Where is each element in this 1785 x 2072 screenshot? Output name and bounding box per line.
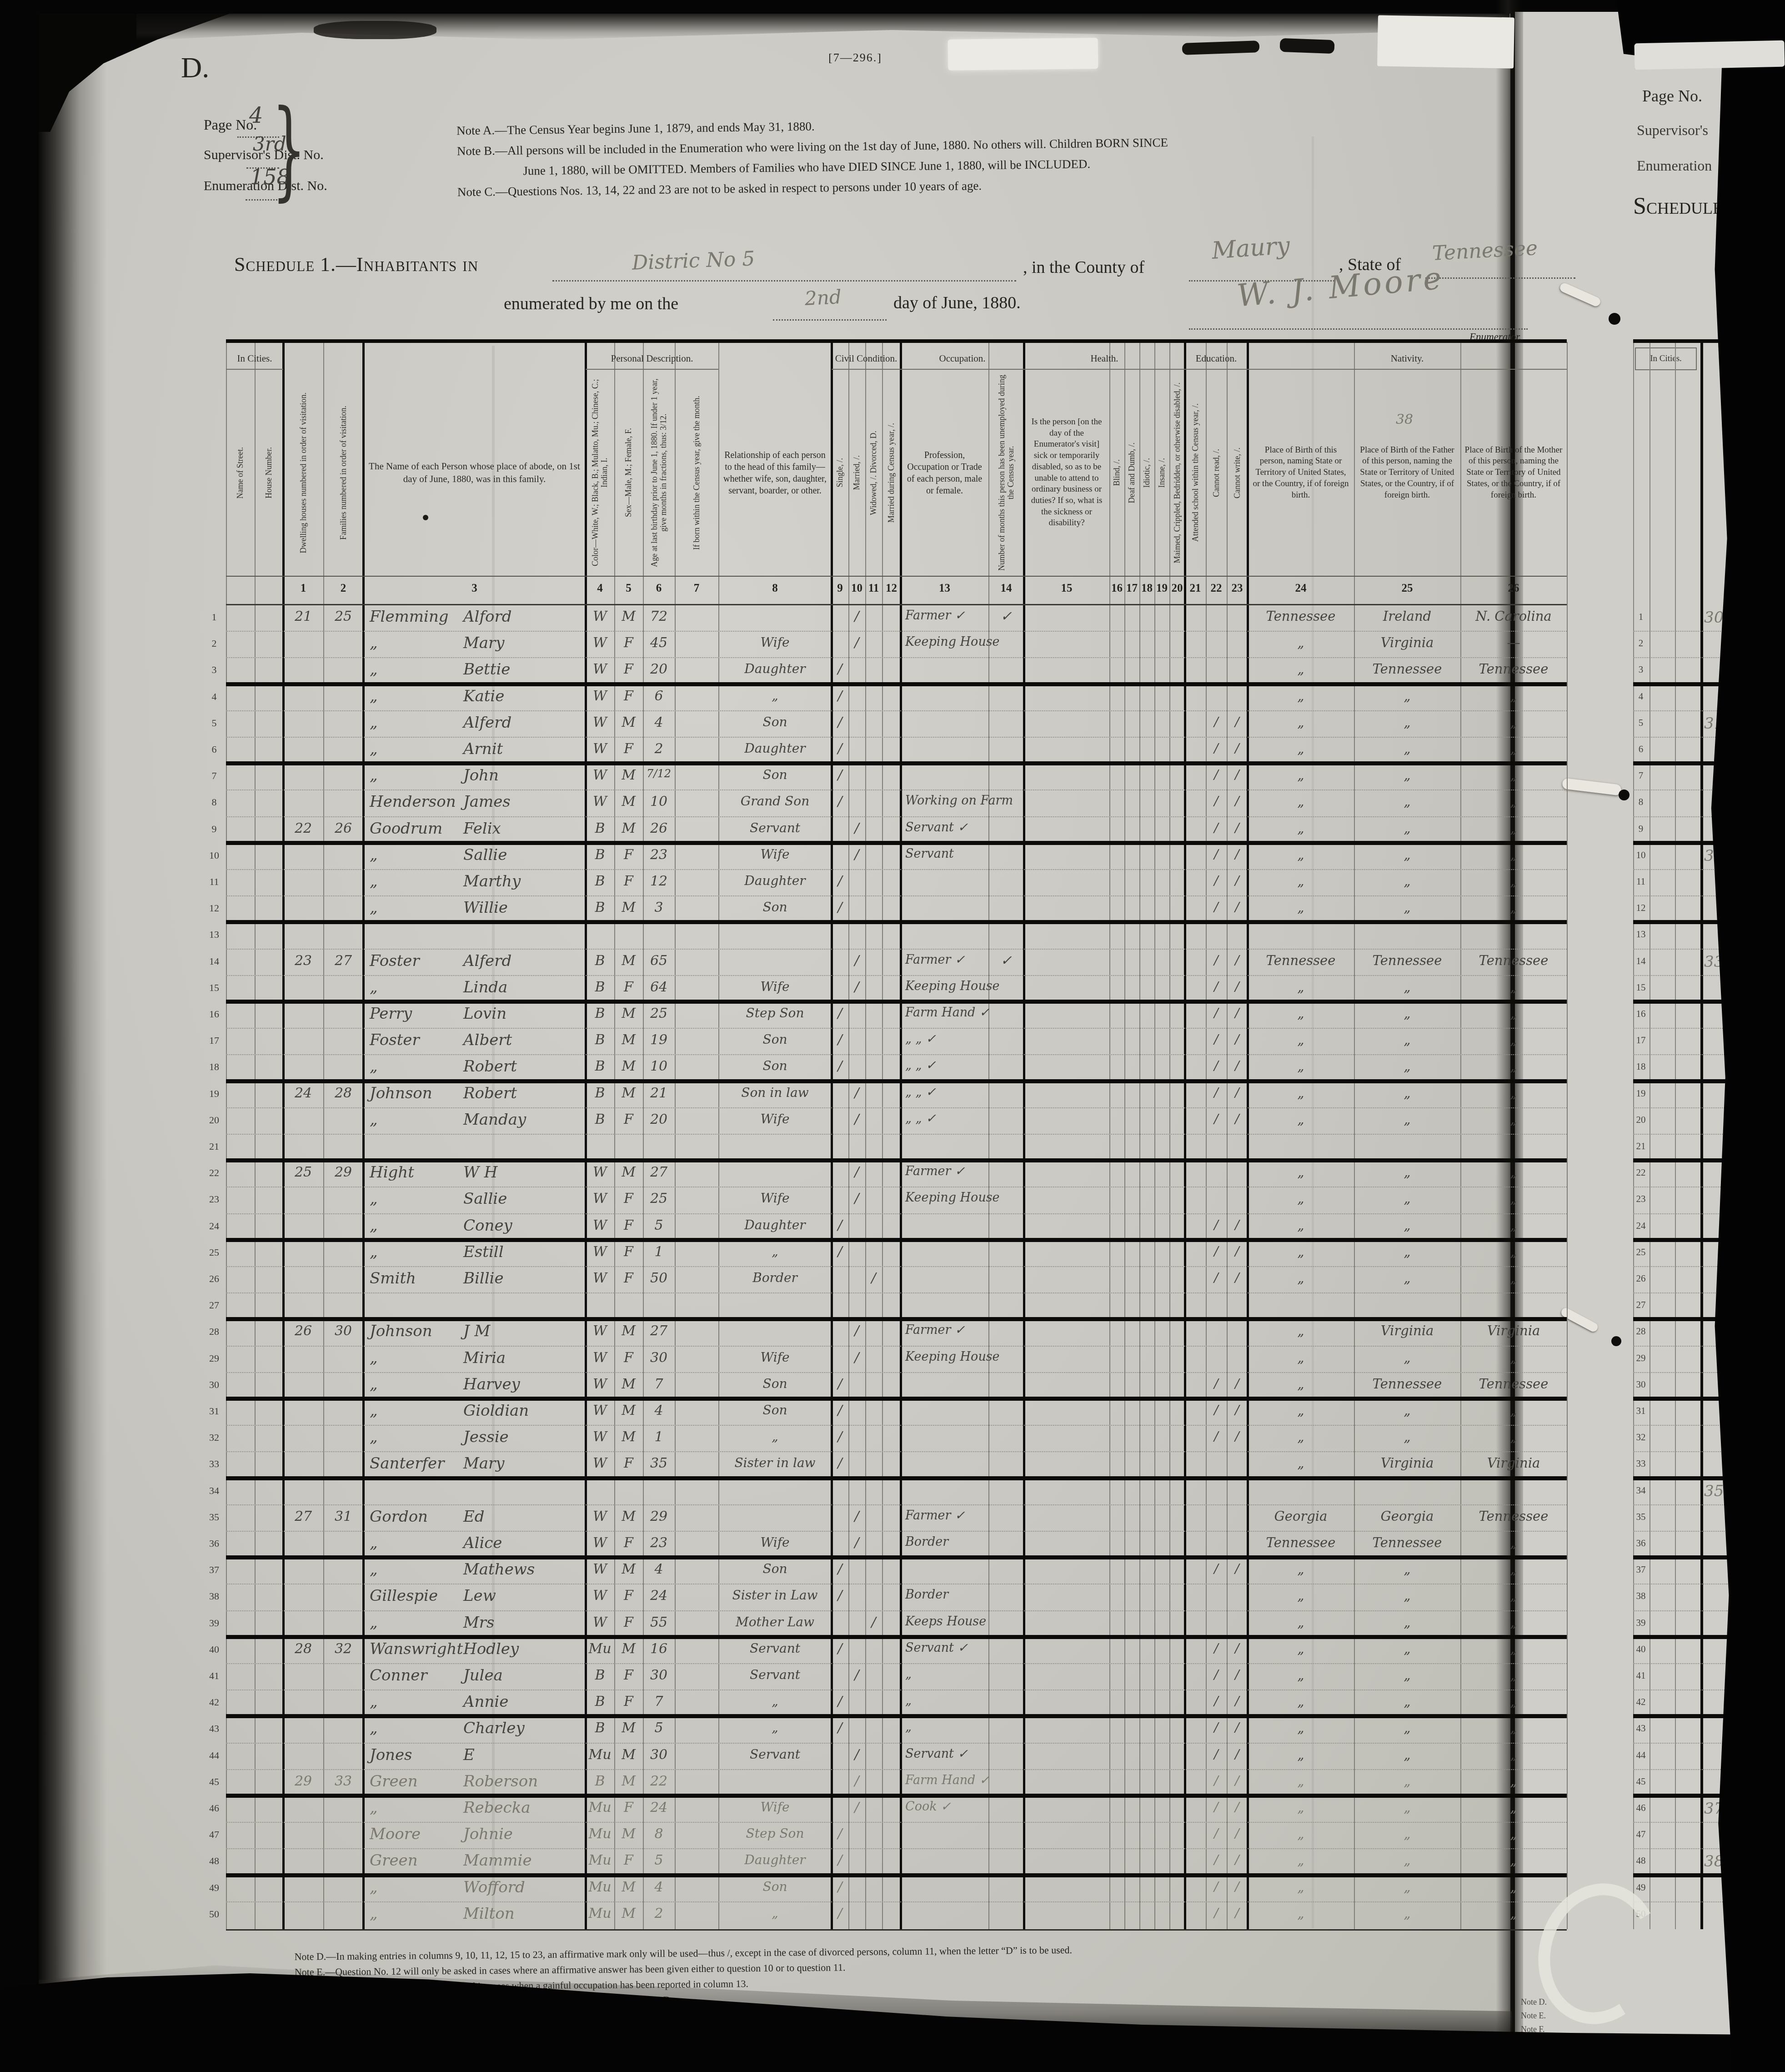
colhead-vertical-text: Age at last birthday prior to June 1, 18… [650, 372, 668, 573]
cell-age: 72 [643, 609, 675, 624]
cell-birthplace-mother: „ [1460, 1720, 1567, 1735]
cell-married-mark: / [848, 1191, 865, 1207]
cell-sex: M [614, 609, 643, 624]
cell-single-mark: / [832, 741, 848, 757]
cell-birthplace-self: „ [1248, 1058, 1354, 1074]
cell-birthplace-mother: „ [1460, 1561, 1567, 1577]
row-line-right [1633, 710, 1728, 711]
row-band [226, 1714, 1567, 1718]
cell-birthplace-mother: „ [1460, 1085, 1567, 1101]
cell-age: 5 [643, 1217, 675, 1233]
cell-surname: „ [370, 1243, 378, 1261]
row-number-left: 18 [205, 1061, 224, 1073]
cell-cannot-read-mark: / [1206, 1826, 1227, 1841]
group-label-civil-condition: Civil Condition. [832, 348, 901, 370]
cell-sex: F [614, 1270, 643, 1286]
cell-married-mark: / [848, 1667, 865, 1683]
cell-birthplace-self: „ [1248, 1270, 1354, 1286]
day-of-june-label: day of June, 1880. [893, 293, 1021, 313]
cell-relationship: „ [718, 688, 832, 703]
cell-color: Mu [586, 1747, 614, 1763]
cell-cannot-write-mark: / [1227, 1747, 1248, 1762]
cell-married-mark: / [848, 1111, 865, 1127]
cell-birthplace-father: „ [1354, 1906, 1460, 1921]
cell-surname: „ [370, 634, 378, 652]
cell-single-mark: / [832, 1852, 848, 1868]
row-number-right: 26 [1633, 1273, 1649, 1284]
colhead-vertical-text: Insane, /. [1157, 458, 1166, 488]
cell-occupation: Farmer ✓ [905, 1164, 965, 1178]
cell-age: 7 [643, 1694, 675, 1710]
cell-birthplace-mother: „ [1460, 1614, 1567, 1630]
cell-givenname: Lovin [463, 1005, 506, 1023]
cell-birthplace-self: „ [1248, 1773, 1354, 1789]
row-line-right [1633, 1187, 1728, 1187]
row-number-right: 40 [1633, 1644, 1649, 1655]
cell-cannot-write-mark: / [1227, 1058, 1248, 1073]
cell-birthplace-mother: „ [1460, 1191, 1567, 1206]
cell-relationship: „ [718, 1906, 832, 1921]
row-number-right: 34 [1633, 1485, 1649, 1496]
cell-birthplace-father: „ [1354, 1879, 1460, 1895]
cell-birthplace-mother: Tennessee [1460, 661, 1567, 677]
row-band-right [1633, 1397, 1728, 1401]
cell-occupation: Servant [905, 847, 954, 861]
cell-age: 45 [643, 635, 675, 651]
cell-birthplace-father: „ [1354, 741, 1460, 756]
cell-color: W [586, 609, 614, 624]
cell-sex: M [614, 714, 643, 730]
cell-color: W [586, 635, 614, 651]
cell-dwelling: 26 [283, 1323, 323, 1339]
row-line-right [1633, 1425, 1728, 1426]
row-number-left: 40 [205, 1644, 224, 1655]
grid-vline [988, 342, 989, 1929]
cell-birthplace-father: „ [1354, 1773, 1460, 1789]
cell-color: B [586, 1085, 614, 1101]
cell-givenname: Coney [463, 1217, 512, 1235]
cell-married-mark: / [848, 609, 865, 624]
cell-color: W [586, 1403, 614, 1418]
grid-vline [643, 342, 644, 1929]
cell-birthplace-self: „ [1248, 1641, 1354, 1656]
binding-hole-3 [1611, 1336, 1621, 1346]
cell-color: W [586, 1455, 614, 1471]
cell-occupation: Servant ✓ [905, 1641, 968, 1655]
cell-birthplace-self: „ [1248, 847, 1354, 862]
cell-color: Mu [586, 1879, 614, 1895]
cell-married-mark: / [848, 635, 865, 651]
cell-relationship: Wife [718, 1800, 832, 1815]
cell-age: 27 [643, 1323, 675, 1339]
cell-cannot-read-mark: / [1206, 1032, 1227, 1047]
row-number-right: 29 [1633, 1353, 1649, 1364]
right-note-frag: Note E. [1521, 2011, 1547, 2021]
cell-givenname: Jessie [463, 1428, 509, 1446]
cell-surname: „ [370, 1111, 378, 1129]
cell-cannot-write-mark: / [1227, 1694, 1248, 1709]
row-number-right: 21 [1633, 1141, 1649, 1152]
cell-cannot-read-mark: / [1206, 820, 1227, 835]
row-line-right [1633, 1266, 1728, 1267]
cell-color: B [586, 1720, 614, 1736]
cell-birthplace-father: „ [1354, 1270, 1460, 1286]
row-number-right: 45 [1633, 1776, 1649, 1787]
grid-vline-right [1633, 342, 1634, 1929]
cell-color: W [586, 1323, 614, 1339]
row-number-left: 13 [205, 929, 224, 940]
cell-occupation: Farm Hand ✓ [905, 1773, 990, 1787]
cell-relationship: Son [718, 1879, 832, 1894]
row-line-right [1633, 1901, 1728, 1902]
row-band [226, 1555, 1567, 1559]
cell-single-mark: / [832, 794, 848, 810]
grid-vline [362, 342, 365, 1929]
cell-relationship: Wife [718, 1350, 832, 1365]
cell-surname: „ [370, 687, 378, 705]
cell-color: W [586, 1350, 614, 1366]
col-number-2: 2 [323, 582, 363, 595]
cell-surname: „ [370, 978, 378, 996]
cell-age: 3 [643, 900, 675, 915]
row-line-right [1633, 1213, 1728, 1214]
cell-birthplace-father: „ [1354, 688, 1460, 704]
cell-sex: M [614, 1323, 643, 1339]
cell-age: 25 [643, 1191, 675, 1207]
row-number-left: 6 [205, 744, 224, 755]
cell-occupation: Keeping House [905, 1350, 1000, 1364]
row-line [226, 1584, 1567, 1584]
cell-age: 29 [643, 1509, 675, 1524]
cell-sex: M [614, 767, 643, 783]
row-number-right: 41 [1633, 1670, 1649, 1681]
cell-givenname: Milton [463, 1905, 515, 1923]
cell-cannot-read-mark: / [1206, 1906, 1227, 1921]
cell-color: B [586, 1694, 614, 1710]
cell-sex: M [614, 1429, 643, 1445]
cell-givenname: Robert [463, 1057, 517, 1076]
colhead-vertical-c2: Families numbered in order of visitation… [323, 371, 363, 575]
row-line [226, 1346, 1567, 1347]
cell-birthplace-self: „ [1248, 1006, 1354, 1021]
cell-age: 4 [643, 1561, 675, 1577]
cell-sex: M [614, 1641, 643, 1657]
cell-cannot-write-mark: / [1227, 767, 1248, 782]
page-no-value: 4 [249, 103, 263, 128]
grid-vline [848, 342, 849, 1929]
cell-birthplace-father: „ [1354, 1800, 1460, 1815]
row-number-left: 23 [205, 1193, 224, 1205]
row-band-right [1633, 1794, 1728, 1798]
row-line [226, 1187, 1567, 1187]
row-line-right [1633, 1028, 1728, 1029]
cell-married-mark: / [848, 1085, 865, 1101]
colhead-vertical-c16: Blind, /. [1109, 371, 1124, 575]
cell-age: 25 [643, 1006, 675, 1021]
tape-patch-right [1377, 15, 1514, 68]
colhead-para-c26: Place of Birth of the Mother of this per… [1464, 371, 1563, 575]
row-number-right: 27 [1633, 1299, 1649, 1311]
cell-surname: „ [370, 1349, 378, 1367]
cell-givenname: J M [463, 1322, 490, 1340]
cell-cannot-read-mark: / [1206, 1058, 1227, 1073]
row-number-right: 36 [1633, 1538, 1649, 1549]
row-number-right: 3 [1633, 664, 1649, 675]
cell-cannot-read-mark: / [1206, 953, 1227, 968]
cell-cannot-read-mark: / [1206, 1720, 1227, 1735]
cell-relationship: „ [718, 1429, 832, 1444]
cell-givenname: Katie [463, 687, 504, 705]
cell-givenname: Annie [463, 1693, 508, 1711]
cell-birthplace-father: Tennessee [1354, 1376, 1460, 1392]
cell-birthplace-self: „ [1248, 1667, 1354, 1683]
cell-relationship: Sister in law [718, 1455, 832, 1470]
cell-givenname: Billie [463, 1269, 504, 1287]
cell-single-mark: / [832, 1429, 848, 1445]
cell-single-mark: / [832, 873, 848, 889]
cell-cannot-write-mark: / [1227, 714, 1248, 729]
cell-relationship: „ [718, 1244, 832, 1259]
col-number-24: 24 [1248, 582, 1354, 595]
cell-birthplace-mother: „ [1460, 979, 1567, 995]
colhead-vertical-text: Number of months this person has been un… [997, 372, 1015, 573]
cell-sex: F [614, 1588, 643, 1604]
grid-vline [614, 342, 615, 1929]
colhead-vertical-text: If born within the Census year, give the… [692, 396, 701, 550]
row-line [226, 1213, 1567, 1214]
cell-single-mark: / [832, 1906, 848, 1921]
cell-birthplace-father: „ [1354, 1429, 1460, 1444]
colhead-vertical-c17: Deaf and Dumb, /. [1124, 371, 1139, 575]
group-label-nativity: Nativity. [1248, 348, 1567, 370]
cell-widowed-mark: / [865, 1614, 882, 1630]
cell-birthplace-mother: „ [1460, 820, 1567, 836]
cell-sex: F [614, 979, 643, 995]
col-number-17: 17 [1124, 582, 1139, 595]
row-line [226, 1610, 1567, 1611]
cell-single-mark: / [832, 1588, 848, 1604]
row-band [226, 920, 1567, 924]
cell-cannot-write-mark: / [1227, 1270, 1248, 1285]
cell-birthplace-father: Tennessee [1354, 1535, 1460, 1550]
cell-widowed-mark: / [865, 1270, 882, 1286]
row-line [226, 1901, 1567, 1902]
cell-birthplace-self: „ [1248, 1217, 1354, 1233]
cell-birthplace-self: „ [1248, 1588, 1354, 1603]
cell-givenname: Julea [463, 1666, 503, 1685]
cell-givenname: Arnit [463, 740, 503, 758]
colhead-vertical-text: Deaf and Dumb, /. [1127, 443, 1136, 503]
cell-cannot-write-mark: / [1227, 1032, 1248, 1047]
cell-single-mark: / [832, 1058, 848, 1074]
cell-birthplace-self: „ [1248, 1826, 1354, 1841]
row-number-right: 5 [1633, 717, 1649, 729]
cell-surname: Wanswright [370, 1640, 463, 1658]
cell-givenname: Sallie [463, 846, 507, 864]
cell-surname: „ [370, 1693, 378, 1711]
row-line-right [1633, 1451, 1728, 1452]
cell-age: 30 [643, 1350, 675, 1366]
table-top-border [226, 339, 1567, 343]
cell-age: 23 [643, 1535, 675, 1551]
cell-sex: M [614, 820, 643, 836]
row-line-right [1633, 1292, 1728, 1293]
cell-sex: F [614, 635, 643, 651]
cell-givenname: Willie [463, 899, 508, 917]
brace-icon: } [272, 96, 306, 202]
cell-sex: F [614, 1191, 643, 1207]
row-number-right: 49 [1633, 1882, 1649, 1893]
row-line-right [1633, 1504, 1728, 1505]
cell-color: B [586, 873, 614, 889]
cell-occupation: Border [905, 1535, 948, 1549]
colhead-vertical-c10: Married, /. [848, 371, 865, 575]
col-number-19: 19 [1154, 582, 1169, 595]
col-number-23: 23 [1227, 582, 1248, 595]
colhead-vertical-text: Married during Census year, /. [887, 423, 896, 523]
row-number-right: 13 [1633, 929, 1649, 940]
top-notes-block: Note A.—The Census Year begins June 1, 1… [456, 111, 1517, 199]
cell-surname: Foster [370, 952, 420, 970]
cell-surname: „ [370, 1375, 378, 1393]
row-line [226, 895, 1567, 896]
row-line [226, 869, 1567, 870]
cell-relationship: Son [718, 767, 832, 782]
cell-surname: Smith [370, 1269, 416, 1287]
cell-birthplace-father: „ [1354, 1058, 1460, 1074]
cell-age: 30 [643, 1747, 675, 1763]
row-line [226, 1054, 1567, 1055]
cell-birthplace-mother: „ [1460, 847, 1567, 862]
cell-age: 23 [643, 847, 675, 863]
cell-sex: M [614, 1747, 643, 1763]
row-line-right [1633, 657, 1728, 658]
cell-age: 5 [643, 1720, 675, 1736]
cell-color: W [586, 767, 614, 783]
right-supervisor-label: Supervisor's [1637, 122, 1708, 139]
row-number-left: 8 [205, 796, 224, 808]
cell-sex: F [614, 873, 643, 889]
cell-surname: „ [370, 1719, 378, 1737]
grid-vline-right [1675, 342, 1676, 1929]
row-line-right [1633, 1584, 1728, 1584]
cell-birthplace-mother: „ [1460, 1535, 1567, 1550]
row-line-right [1633, 1743, 1728, 1744]
cell-birthplace-self: „ [1248, 1614, 1354, 1630]
cell-relationship: Son [718, 900, 832, 915]
cell-cannot-write-mark: / [1227, 1085, 1248, 1100]
row-line [226, 1425, 1567, 1426]
cell-age: 12 [643, 873, 675, 889]
colhead-vertical-house: House Number. [255, 371, 283, 575]
cell-color: W [586, 661, 614, 677]
cell-givenname: Wofford [463, 1878, 525, 1896]
row-band [226, 1238, 1567, 1242]
col-number-6: 6 [643, 582, 675, 595]
cell-birthplace-self: Tennessee [1248, 609, 1354, 624]
cell-age: 1 [643, 1244, 675, 1260]
cell-single-mark: / [832, 1826, 848, 1842]
row-line-right [1633, 1107, 1728, 1108]
row-line [226, 1292, 1567, 1293]
cell-months-unemployed: ✓ [988, 953, 1024, 969]
row-number-right: 17 [1633, 1035, 1649, 1046]
cell-occupation: Working on Farm [905, 794, 1013, 808]
colhead-para-c15: Is the person [on the day of the Enumera… [1028, 371, 1106, 575]
cell-birthplace-father: „ [1354, 1191, 1460, 1206]
row-band-right [1633, 1000, 1728, 1004]
grid-vline [255, 342, 256, 1929]
cell-sex: M [614, 953, 643, 969]
cell-age: 8 [643, 1826, 675, 1842]
colhead-vertical-c5: Sex—Male, M.; Female, F. [614, 371, 643, 575]
colhead-para-c3: The Name of each Person whose place of a… [367, 371, 582, 575]
cell-married-mark: / [848, 1323, 865, 1339]
row-line-right [1633, 975, 1728, 976]
cell-surname: Jones [370, 1746, 412, 1764]
cell-relationship: Wife [718, 635, 832, 650]
cell-sex: F [614, 1535, 643, 1551]
colhead-vertical-c22: Cannot read, /. [1206, 371, 1227, 575]
cell-cannot-read-mark: / [1206, 767, 1227, 782]
cell-age: 64 [643, 979, 675, 995]
cell-married-mark: / [848, 847, 865, 863]
cell-single-mark: / [832, 1244, 848, 1260]
colhead-vertical-c21: Attended school within the Census year, … [1185, 371, 1206, 575]
cell-birthplace-self: „ [1248, 1852, 1354, 1868]
col-number-3: 3 [363, 582, 586, 595]
cell-sex: F [614, 1694, 643, 1710]
row-number-left: 16 [205, 1008, 224, 1020]
row-line-right [1633, 737, 1728, 738]
cell-birthplace-father: „ [1354, 1403, 1460, 1418]
cell-sex: M [614, 1773, 643, 1789]
row-line-right [1633, 1848, 1728, 1849]
row-line-right [1633, 1663, 1728, 1664]
cell-givenname: Lew [463, 1587, 496, 1605]
cell-cannot-read-mark: / [1206, 900, 1227, 915]
cell-dwelling: 29 [283, 1773, 323, 1789]
cell-birthplace-father: Tennessee [1354, 953, 1460, 968]
cell-birthplace-self: „ [1248, 794, 1354, 809]
cell-sex: M [614, 1403, 643, 1418]
row-line [226, 1372, 1567, 1373]
cell-birthplace-self: „ [1248, 741, 1354, 756]
cell-relationship: Wife [718, 979, 832, 994]
grid-vline [1154, 342, 1155, 1929]
cell-married-mark: / [848, 1509, 865, 1524]
cell-color: Mu [586, 1641, 614, 1657]
cell-birthplace-mother: „ [1460, 1217, 1567, 1233]
colhead-vertical-c4: Color—White, W.; Black, B.; Mulatto, Mu.… [586, 371, 614, 575]
cell-birthplace-father: „ [1354, 1244, 1460, 1259]
cell-surname: „ [370, 1190, 378, 1208]
grid-vline [1139, 342, 1140, 1929]
cell-birthplace-self: „ [1248, 1561, 1354, 1577]
cell-color: B [586, 1773, 614, 1789]
cell-age: 30 [643, 1667, 675, 1683]
cell-age: 5 [643, 1852, 675, 1868]
grid-vline [282, 342, 285, 1929]
cell-birthplace-father: „ [1354, 1747, 1460, 1762]
cell-cannot-write-mark: / [1227, 1561, 1248, 1576]
cell-sex: M [614, 1879, 643, 1895]
cell-birthplace-mother: „ [1460, 1588, 1567, 1603]
colhead-vertical-text: Attended school within the Census year, … [1191, 403, 1200, 542]
row-number-left: 21 [205, 1141, 224, 1152]
col-number-12: 12 [882, 582, 901, 595]
colhead-vertical-text: Single, /. [835, 458, 844, 488]
